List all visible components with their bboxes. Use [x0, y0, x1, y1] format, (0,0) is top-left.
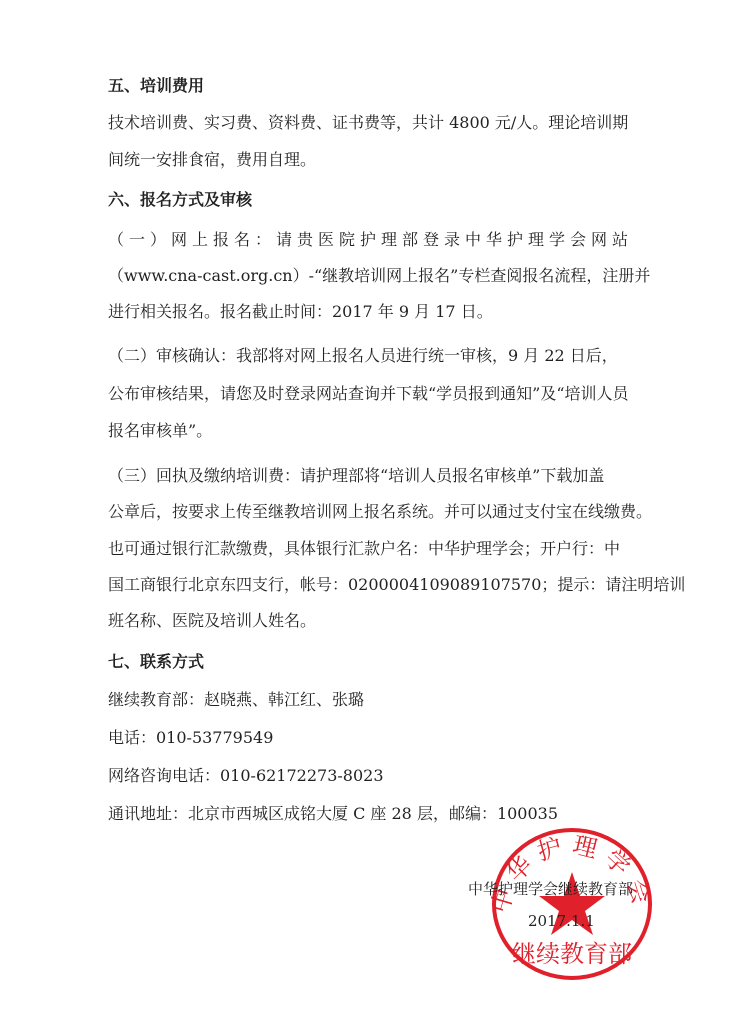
- section-6-heading: 六、报名方式及审核: [108, 190, 252, 210]
- section-6-item3-line1: （三）回执及缴纳培训费：请护理部将“培训人员报名审核单”下载加盖: [108, 466, 604, 486]
- section-5-text-line1: 技术培训费、实习费、资料费、证书费等，共计 4800 元/人。理论培训期: [108, 113, 628, 133]
- section-6-item1-line3: 进行相关报名。报名截止时间：2017 年 9 月 17 日。: [108, 302, 493, 322]
- section-5-text-line2: 间统一安排食宿，费用自理。: [108, 150, 316, 170]
- address-line: 通讯地址：北京市西城区成铭大厦 C 座 28 层，邮编：100035: [108, 804, 558, 824]
- bank-info-line3: 班名称、医院及培训人姓名。: [108, 611, 316, 631]
- stamp-bottom-text: 继续教育部: [512, 941, 632, 968]
- phone-line: 电话：010-53779549: [108, 728, 273, 748]
- section-5-heading: 五、培训费用: [108, 76, 204, 96]
- section-6-item1-line1: （一）网上报名：请贵医院护理部登录中华护理学会网站: [108, 230, 628, 250]
- bank-info-line1: 也可通过银行汇款缴费，具体银行汇款户名：中华护理学会；开户行：中: [108, 539, 620, 559]
- section-7-heading: 七、联系方式: [108, 652, 204, 672]
- online-phone-line: 网络咨询电话：010-62172273-8023: [108, 766, 384, 786]
- signature-date: 2017.1.1: [528, 912, 595, 930]
- official-seal-stamp: 中华护理学会 继续教育部: [487, 822, 657, 982]
- section-6-item2-line3: 报名审核单”。: [108, 421, 212, 441]
- signature-org: 中华护理学会继续教育部: [468, 878, 633, 899]
- section-6-item2-line2: 公布审核结果，请您及时登录网站查询并下载“学员报到通知”及“培训人员: [108, 384, 629, 404]
- contacts-line: 继续教育部：赵晓燕、韩江红、张璐: [108, 690, 364, 710]
- section-6-item3-line2: 公章后，按要求上传至继教培训网上报名系统。并可以通过支付宝在线缴费。: [108, 502, 652, 522]
- section-6-item1-line2: （www.cna-cast.org.cn）-“继教培训网上报名”专栏查阅报名流程…: [108, 266, 650, 286]
- bank-info-line2: 国工商银行北京东四支行，帐号：0200004109089107570；提示：请注…: [108, 575, 685, 595]
- section-6-item2-line1: （二）审核确认：我部将对网上报名人员进行统一审核，9 月 22 日后，: [108, 346, 618, 366]
